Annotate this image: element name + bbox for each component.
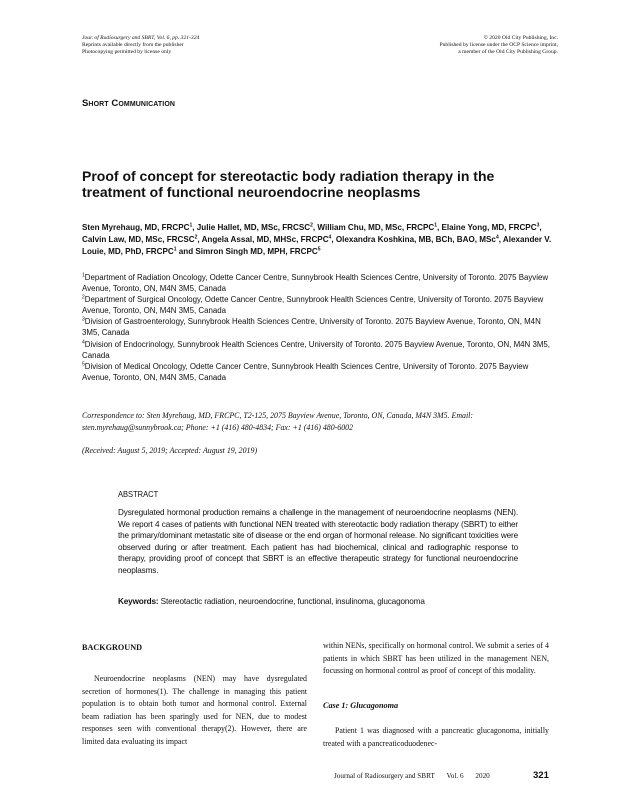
running-header-right: © 2020 Old City Publishing, Inc. Publish…: [440, 35, 559, 57]
background-paragraph: Neuroendocrine neoplasms (NEN) may have …: [82, 673, 307, 748]
affiliation-marker: 5: [318, 247, 321, 253]
affiliation-number: 1: [82, 272, 85, 278]
footer-year: 2020: [475, 772, 489, 780]
author-name: Simron Singh MD, MPH, FRCPC: [195, 247, 317, 256]
photocopy-note: Photocopying permitted by license only: [82, 49, 199, 56]
affiliation-marker: 4: [329, 235, 332, 241]
author-name: Olexandra Koshkina, MB, BCh, BAO, MSc: [336, 235, 496, 244]
affiliation-item: 5Division of Medical Oncology, Odette Ca…: [82, 361, 552, 383]
affiliation-item: 4Division of Endocrinology, Sunnybrook H…: [82, 339, 552, 361]
affiliation-marker: 2: [195, 235, 198, 241]
page-number: 321: [533, 770, 549, 781]
author-name: Julie Hallet, MD, MSc, FRCSC: [197, 223, 310, 232]
affiliation-number: 4: [82, 339, 85, 345]
footer-volume: Vol. 6: [447, 772, 464, 780]
author-name: Angela Assal, MD, MHSc, FRCPC: [202, 235, 329, 244]
publisher-group-line: a member of the Old City Publishing Grou…: [440, 49, 559, 56]
affiliation-item: 1Department of Radiation Oncology, Odett…: [82, 272, 552, 294]
case-1-body: Patient 1 was diagnosed with a pancreati…: [323, 725, 549, 750]
running-footer: Journal of Radiosurgery and SBRT Vol. 6 …: [334, 772, 500, 780]
body-column-left: Neuroendocrine neoplasms (NEN) may have …: [82, 673, 307, 748]
author-name: Elaine Yong, MD, FRCPC: [442, 223, 537, 232]
affiliation-item: 3Division of Gastroenterology, Sunnybroo…: [82, 316, 552, 338]
affiliation-marker: 1: [174, 247, 177, 253]
footer-journal: Journal of Radiosurgery and SBRT: [334, 772, 435, 780]
running-header-left: Jour. of Radiosurgery and SBRT, Vol. 6, …: [82, 35, 199, 57]
affiliations: 1Department of Radiation Oncology, Odett…: [82, 272, 552, 383]
correspondence: Correspondence to: Sten Myrehaug, MD, FR…: [82, 410, 552, 433]
affiliation-marker: 2: [310, 222, 313, 228]
background-paragraph-continued: within NENs, specifically on hormonal co…: [323, 640, 549, 678]
affiliation-marker: 1: [189, 222, 192, 228]
keywords: Keywords: Stereotactic radiation, neuroe…: [118, 597, 425, 606]
body-column-right: within NENs, specifically on hormonal co…: [323, 640, 549, 678]
article-type-label: Short Communication: [82, 98, 175, 109]
author-list: Sten Myrehaug, MD, FRCPC1, Julie Hallet,…: [82, 222, 552, 259]
article-title: Proof of concept for stereotactic body r…: [82, 168, 552, 200]
case-1-heading: Case 1: Glucagonoma: [323, 701, 398, 710]
abstract-heading: ABSTRACT: [118, 490, 158, 499]
affiliation-number: 2: [82, 295, 85, 301]
case-1-paragraph: Patient 1 was diagnosed with a pancreati…: [323, 725, 549, 750]
keywords-label: Keywords:: [118, 597, 159, 606]
keywords-list: Stereotactic radiation, neuroendocrine, …: [161, 597, 425, 606]
affiliation-marker: 3: [537, 222, 540, 228]
affiliation-number: 5: [82, 361, 85, 367]
received-dates: (Received: August 5, 2019; Accepted: Aug…: [82, 446, 257, 455]
author-name: Sten Myrehaug, MD, FRCPC: [82, 223, 189, 232]
author-name: Calvin Law, MD, MSc, FRCSC: [82, 235, 195, 244]
abstract-text: Dysregulated hormonal production remains…: [118, 507, 518, 577]
affiliation-marker: 4: [496, 235, 499, 241]
background-heading: BACKGROUND: [82, 643, 142, 652]
affiliation-marker: 1: [434, 222, 437, 228]
reprints-note: Reprints available directly from the pub…: [82, 42, 199, 49]
affiliation-item: 2Department of Surgical Oncology, Odette…: [82, 294, 552, 316]
author-name: William Chu, MD, MSc, FRCPC: [317, 223, 434, 232]
copyright-line: © 2020 Old City Publishing, Inc.: [440, 35, 559, 42]
affiliation-number: 3: [82, 317, 85, 323]
